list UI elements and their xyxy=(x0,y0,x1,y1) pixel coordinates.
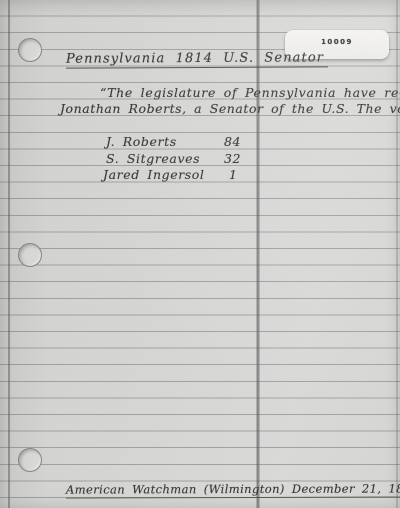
page-title: Pennsylvania 1814 U.S. Senator xyxy=(66,50,328,68)
vote-count: 84 xyxy=(224,134,241,149)
candidate-name: Jared Ingersol xyxy=(103,167,205,182)
candidate-name: S. Sitgreaves xyxy=(106,151,200,166)
punch-hole-top xyxy=(18,38,42,62)
vote-count: 1 xyxy=(229,167,238,182)
paper-left-edge xyxy=(8,0,10,508)
notebook-page: 10009 Pennsylvania 1814 U.S. Senator “Th… xyxy=(0,0,400,508)
vote-count: 32 xyxy=(224,151,241,166)
candidate-name: J. Roberts xyxy=(106,134,177,149)
quote-line-1: “The legislature of Pennsylvania have re… xyxy=(100,85,400,100)
quote-line-2: Jonathan Roberts, a Senator of the U.S. … xyxy=(60,101,400,116)
source-citation: American Watchman (Wilmington) December … xyxy=(66,481,400,498)
punch-hole-middle xyxy=(18,243,42,267)
ruled-lines xyxy=(0,0,400,508)
catalog-number: 10009 xyxy=(321,38,353,46)
punch-hole-bottom xyxy=(18,448,42,472)
paper-right-edge xyxy=(396,0,398,508)
center-fold-line xyxy=(256,0,260,508)
